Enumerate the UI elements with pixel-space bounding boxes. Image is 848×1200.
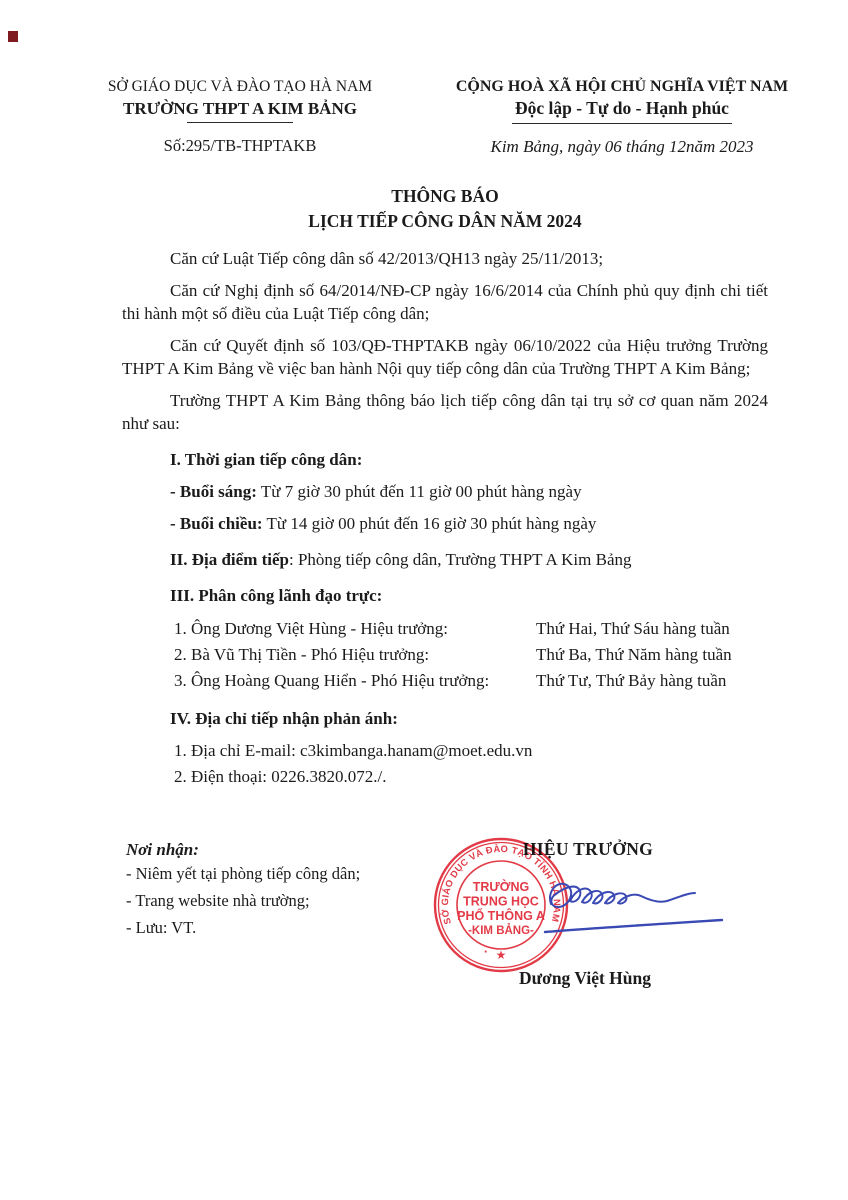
paragraph-legal-basis-2: Căn cứ Nghị định số 64/2014/NĐ-CP ngày 1…: [122, 279, 768, 325]
document-page: SỞ GIÁO DỤC VÀ ĐÀO TẠO HÀ NAM TRƯỜNG THP…: [0, 0, 848, 1200]
title-line-1: THÔNG BÁO: [122, 185, 768, 208]
afternoon-label: - Buổi chiều:: [170, 514, 263, 533]
duty-days-1: Thứ Hai, Thứ Sáu hàng tuần: [536, 616, 730, 642]
contact-phone: 2. Điện thoại: 0226.3820.072./.: [174, 764, 768, 790]
stamp-center-line-2: TRUNG HỌC: [463, 895, 539, 909]
department-name: SỞ GIÁO DỤC VÀ ĐÀO TẠO HÀ NAM: [82, 78, 398, 96]
title-line-2: LỊCH TIẾP CÔNG DÂN NĂM 2024: [122, 210, 768, 233]
contact-list: 1. Địa chỉ E-mail: c3kimbanga.hanam@moet…: [174, 738, 768, 790]
afternoon-text: Từ 14 giờ 00 phút đến 16 giờ 30 phút hàn…: [263, 514, 597, 533]
paragraph-legal-basis-1: Căn cứ Luật Tiếp công dân số 42/2013/QH1…: [122, 247, 768, 270]
stamp-dot: ·: [484, 944, 488, 959]
duty-roster: 1. Ông Dương Việt Hùng - Hiệu trưởng: Th…: [174, 616, 768, 694]
recipients-label: Nơi nhận:: [126, 840, 360, 860]
header-left-column: SỞ GIÁO DỤC VÀ ĐÀO TẠO HÀ NAM TRƯỜNG THP…: [82, 78, 398, 157]
national-header: CỘNG HOÀ XÃ HỘI CHỦ NGHĨA VIỆT NAM: [404, 78, 840, 96]
section-3-heading: III. Phân công lãnh đạo trực:: [170, 584, 768, 607]
paragraph-legal-basis-3: Căn cứ Quyết định số 103/QĐ-THPTAKB ngày…: [122, 334, 768, 380]
document-body: Căn cứ Luật Tiếp công dân số 42/2013/QH1…: [122, 247, 768, 790]
morning-label: - Buổi sáng:: [170, 482, 257, 501]
duty-name-3: 3. Ông Hoàng Quang Hiển - Phó Hiệu trưởn…: [174, 668, 532, 694]
duty-days-3: Thứ Tư, Thứ Bảy hàng tuần: [536, 668, 726, 694]
duty-row-3: 3. Ông Hoàng Quang Hiển - Phó Hiệu trưởn…: [174, 668, 768, 694]
signature-underline-stroke: [545, 920, 722, 932]
recipient-item-3: - Lưu: VT.: [126, 914, 360, 941]
stamp-center-line-1: TRƯỜNG: [473, 879, 529, 894]
recipient-item-1: - Niêm yết tại phòng tiếp công dân;: [126, 860, 360, 887]
paragraph-announcement: Trường THPT A Kim Bảng thông báo lịch ti…: [122, 389, 768, 435]
signature-ink: [535, 862, 735, 942]
document-title: THÔNG BÁO LỊCH TIẾP CÔNG DÂN NĂM 2024: [122, 185, 768, 233]
document-number: Số:295/TB-THPTAKB: [82, 136, 398, 156]
stamp-center-line-4: -KIM BẢNG-: [468, 924, 534, 937]
duty-name-2: 2. Bà Vũ Thị Tiền - Phó Hiệu trưởng:: [174, 642, 532, 668]
duty-name-1: 1. Ông Dương Việt Hùng - Hiệu trưởng:: [174, 616, 532, 642]
school-name-underline: [187, 122, 293, 123]
header-right-column: CỘNG HOÀ XÃ HỘI CHỦ NGHĨA VIỆT NAM Độc l…: [404, 78, 840, 157]
afternoon-schedule: - Buổi chiều: Từ 14 giờ 00 phút đến 16 g…: [170, 512, 768, 535]
signature-scribble: [550, 884, 695, 907]
duty-days-2: Thứ Ba, Thứ Năm hàng tuần: [536, 642, 732, 668]
duty-row-2: 2. Bà Vũ Thị Tiền - Phó Hiệu trưởng: Thứ…: [174, 642, 768, 668]
school-name: TRƯỜNG THPT A KIM BẢNG: [82, 99, 398, 119]
corner-mark: [8, 31, 18, 42]
stamp-star-icon: ★: [496, 948, 507, 962]
document-header: SỞ GIÁO DỤC VÀ ĐÀO TẠO HÀ NAM TRƯỜNG THP…: [0, 0, 848, 157]
section-2-heading: II. Địa điểm tiếp: Phòng tiếp công dân, …: [170, 548, 768, 571]
recipient-item-2: - Trang website nhà trường;: [126, 887, 360, 914]
morning-text: Từ 7 giờ 30 phút đến 11 giờ 00 phút hàng…: [257, 482, 582, 501]
date-line: Kim Bảng, ngày 06 tháng 12năm 2023: [404, 137, 840, 157]
national-motto: Độc lập - Tự do - Hạnh phúc: [512, 98, 732, 124]
section-1-heading: I. Thời gian tiếp công dân:: [170, 448, 768, 471]
section-4-heading: IV. Địa chỉ tiếp nhận phản ánh:: [170, 707, 768, 730]
duty-row-1: 1. Ông Dương Việt Hùng - Hiệu trưởng: Th…: [174, 616, 768, 642]
contact-email: 1. Địa chỉ E-mail: c3kimbanga.hanam@moet…: [174, 738, 768, 764]
section-2-label: II. Địa điểm tiếp: [170, 550, 289, 569]
morning-schedule: - Buổi sáng: Từ 7 giờ 30 phút đến 11 giờ…: [170, 480, 768, 503]
stamp-center-line-3: PHỔ THÔNG A: [457, 908, 545, 923]
recipients-block: Nơi nhận: - Niêm yết tại phòng tiếp công…: [126, 840, 360, 941]
section-2-text: : Phòng tiếp công dân, Trường THPT A Kim…: [289, 550, 632, 569]
